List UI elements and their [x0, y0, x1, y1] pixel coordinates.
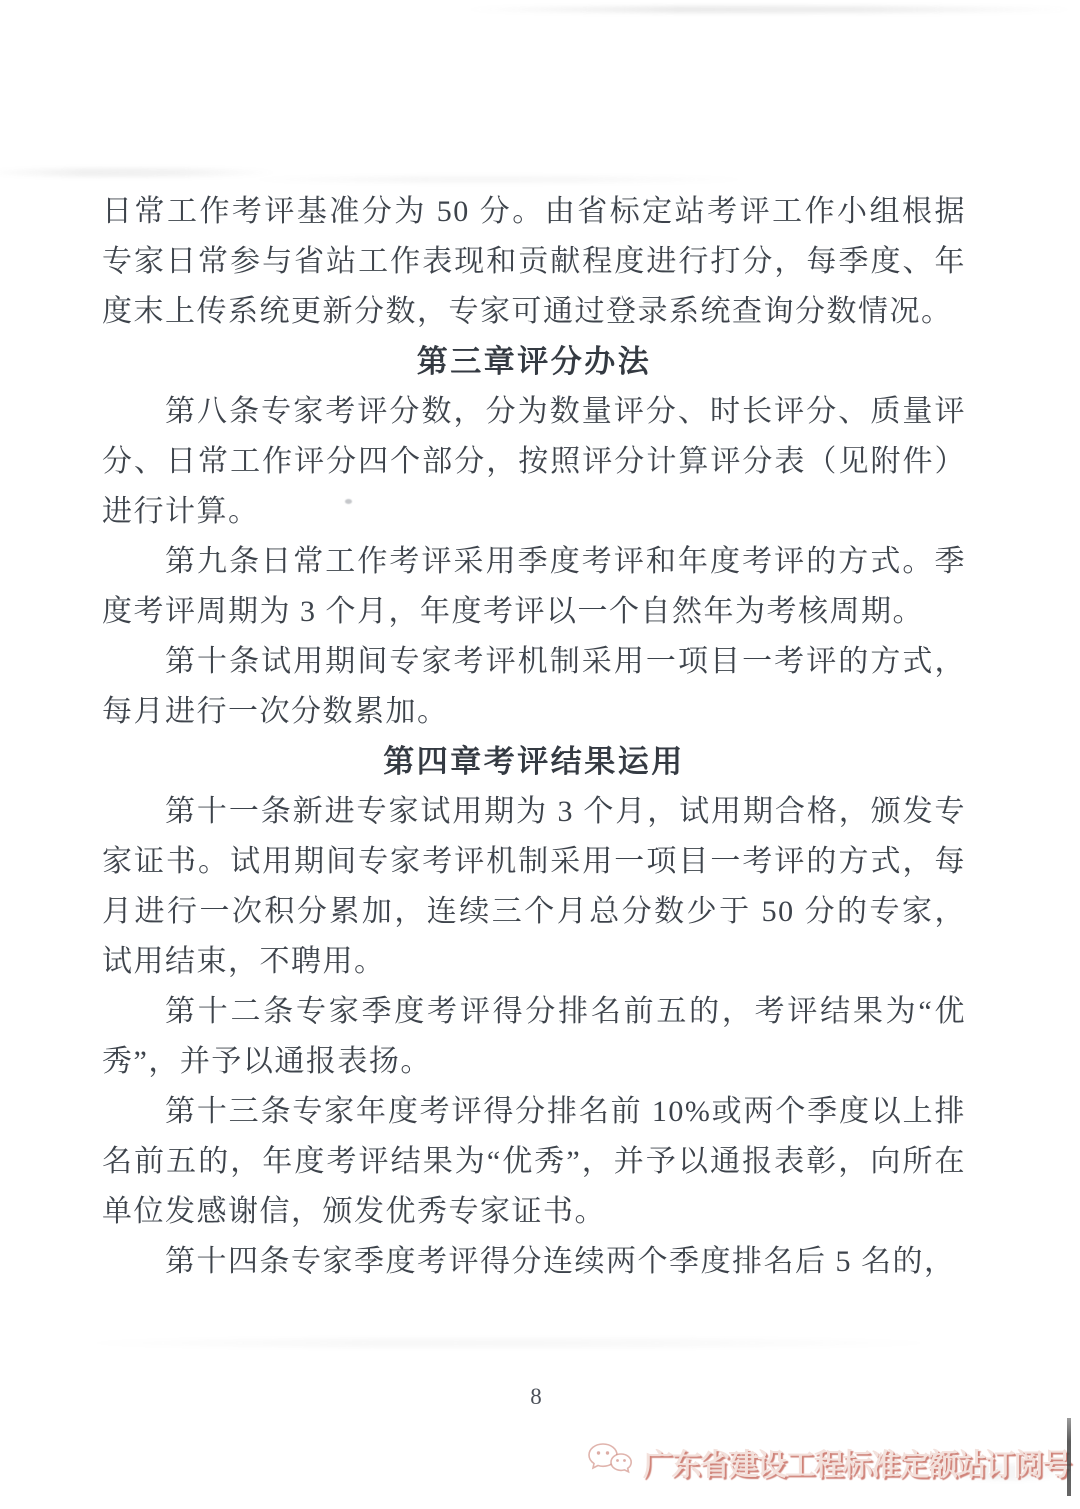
section-heading: 第四章考评结果运用 [102, 737, 966, 787]
footer-watermark-text: 广东省建设工程标准定额站订阅号 [643, 1440, 1071, 1484]
scan-artifact [460, 6, 1080, 13]
body-paragraph: 第八条专家考评分数，分为数量评分、时长评分、质量评分、日常工作评分四个部分，按照… [102, 387, 966, 537]
body-paragraph: 日常工作考评基准分为 50 分。由省标定站考评工作小组根据专家日常参与省站工作表… [102, 187, 966, 337]
scan-artifact [60, 1338, 960, 1348]
scan-artifact [240, 176, 760, 183]
scan-artifact [0, 168, 280, 177]
footer-edge-line [1067, 1418, 1071, 1496]
wechat-bubbles-icon [586, 1441, 634, 1484]
page-number: 8 [0, 1384, 1072, 1410]
document-body: 日常工作考评基准分为 50 分。由省标定站考评工作小组根据专家日常参与省站工作表… [102, 187, 966, 1287]
footer-watermark: 广东省建设工程标准定额站订阅号 [586, 1438, 1071, 1486]
scanned-document-page: 日常工作考评基准分为 50 分。由省标定站考评工作小组根据专家日常参与省站工作表… [0, 0, 1080, 1509]
body-paragraph: 第九条日常工作考评采用季度考评和年度考评的方式。季度考评周期为 3 个月，年度考… [102, 537, 966, 637]
section-heading: 第三章评分办法 [102, 337, 966, 387]
body-paragraph: 第十条试用期间专家考评机制采用一项目一考评的方式，每月进行一次分数累加。 [102, 637, 966, 737]
body-paragraph: 第十一条新进专家试用期为 3 个月，试用期合格，颁发专家证书。试用期间专家考评机… [102, 787, 966, 987]
body-paragraph: 第十二条专家季度考评得分排名前五的，考评结果为“优秀”，并予以通报表扬。 [102, 987, 966, 1087]
body-paragraph: 第十四条专家季度考评得分连续两个季度排名后 5 名的， [102, 1237, 966, 1287]
body-paragraph: 第十三条专家年度考评得分排名前 10%或两个季度以上排名前五的，年度考评结果为“… [102, 1087, 966, 1237]
